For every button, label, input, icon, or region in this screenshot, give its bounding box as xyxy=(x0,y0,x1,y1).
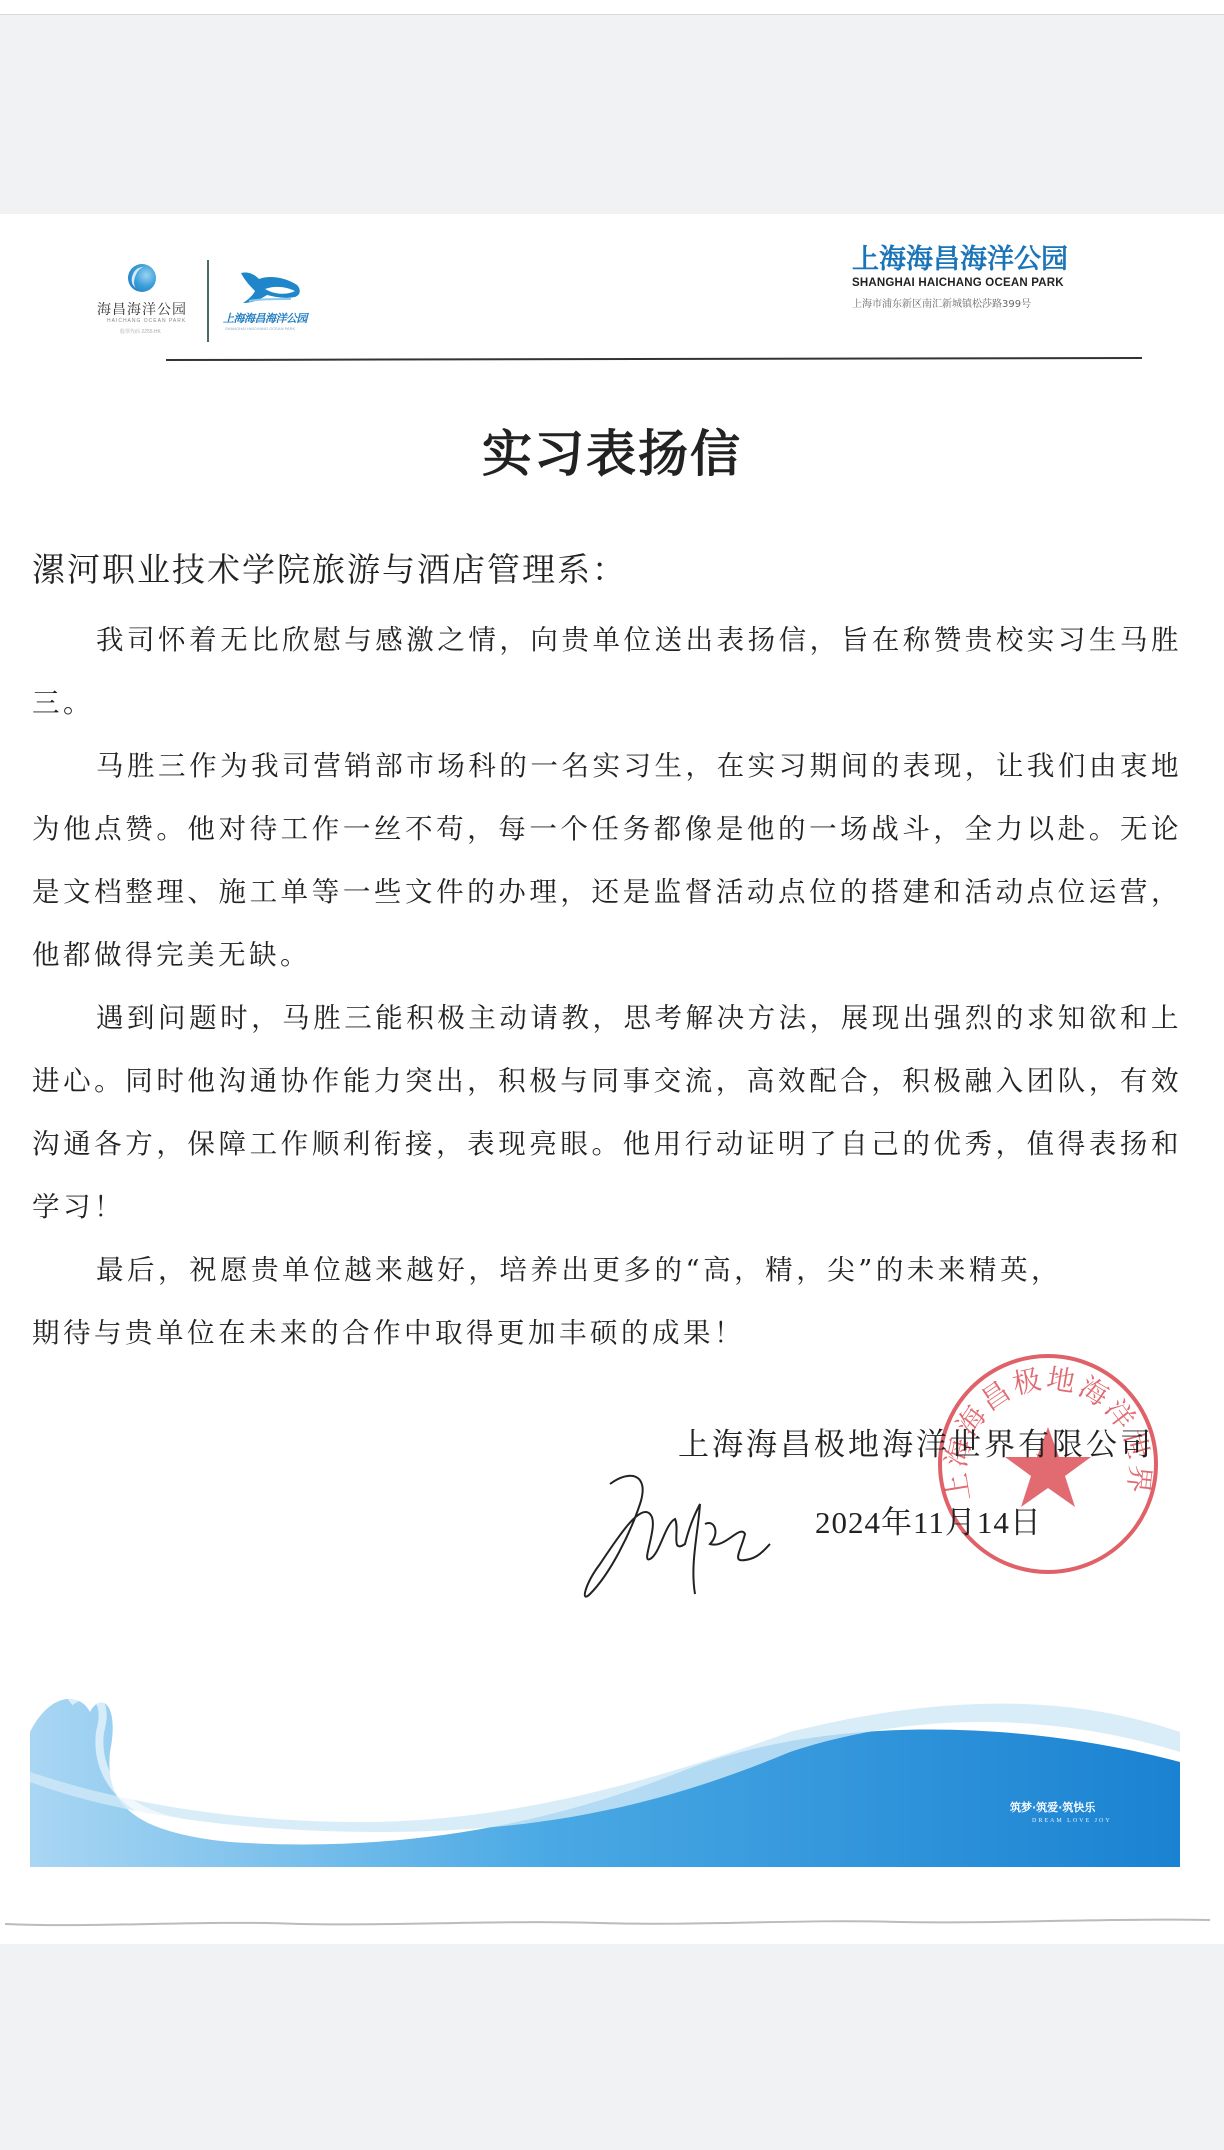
letter-title: 实习表扬信 xyxy=(0,414,1224,486)
paragraph-1: 我司怀着无比欣慰与感激之情，向贵单位送出表扬信，旨在称赞贵校实习生马胜三。 xyxy=(32,609,1182,735)
orca-whale-logo-icon xyxy=(235,269,303,307)
paper-torn-edge xyxy=(0,1914,1224,1944)
handwritten-signature xyxy=(580,1464,790,1614)
globe-logo-icon xyxy=(128,264,156,292)
middle-logo-name-en: SHANGHAI HAICHANG OCEAN PARK xyxy=(225,326,295,331)
signatory-company: 上海海昌极地海洋世界有限公司 xyxy=(678,1419,1154,1464)
paragraph-4: 最后，祝愿贵单位越来越好，培养出更多的“高，精，尖”的未来精英，期待与贵单位在未… xyxy=(32,1239,1062,1365)
left-logo-sub: 股票代码 2255.HK xyxy=(120,328,161,335)
ocean-wave-banner xyxy=(30,1692,1185,1882)
letter-body: 我司怀着无比欣慰与感激之情，向贵单位送出表扬信，旨在称赞贵校实习生马胜三。 马胜… xyxy=(32,609,1182,1365)
top-status-bar xyxy=(0,0,1224,15)
brand-name-cn: 上海海昌海洋公园 xyxy=(852,244,1112,276)
brand-address: 上海市浦东新区南汇新城镇松莎路399号 xyxy=(852,295,1112,310)
header-divider xyxy=(166,357,1142,361)
letter-document: 海昌海洋公园 HAICHANG OCEAN PARK 股票代码 2255.HK … xyxy=(0,214,1224,1944)
middle-logo-name-cn: 上海海昌海洋公园 xyxy=(223,310,307,326)
paragraph-3: 遇到问题时，马胜三能积极主动请教，思考解决方法，展现出强烈的求知欲和上进心。同时… xyxy=(32,987,1182,1239)
letterhead-logos: 海昌海洋公园 HAICHANG OCEAN PARK 股票代码 2255.HK … xyxy=(95,254,325,344)
paragraph-2: 马胜三作为我司营销部市场科的一名实习生，在实习期间的表现，让我们由衷地为他点赞。… xyxy=(32,735,1182,987)
footer-slogan-en: DREAM LOVE JOY xyxy=(1032,1818,1112,1824)
left-logo-name-en: HAICHANG OCEAN PARK xyxy=(107,318,186,324)
letter-salutation: 漯河职业技术学院旅游与酒店管理系： xyxy=(32,544,627,591)
footer-slogan-cn: 筑梦·筑爱·筑快乐 xyxy=(1010,1799,1095,1815)
left-logo-name-cn: 海昌海洋公园 xyxy=(97,299,187,319)
company-seal-stamp: 上海海昌极地海洋世界有限公司 xyxy=(933,1349,1163,1579)
logo-divider xyxy=(207,260,209,342)
letterhead-brand: 上海海昌海洋公园 SHANGHAI HAICHANG OCEAN PARK 上海… xyxy=(852,244,1112,324)
brand-name-en: SHANGHAI HAICHANG OCEAN PARK xyxy=(852,277,1112,289)
signature-date: 2024年11月14日 xyxy=(815,1497,1042,1542)
